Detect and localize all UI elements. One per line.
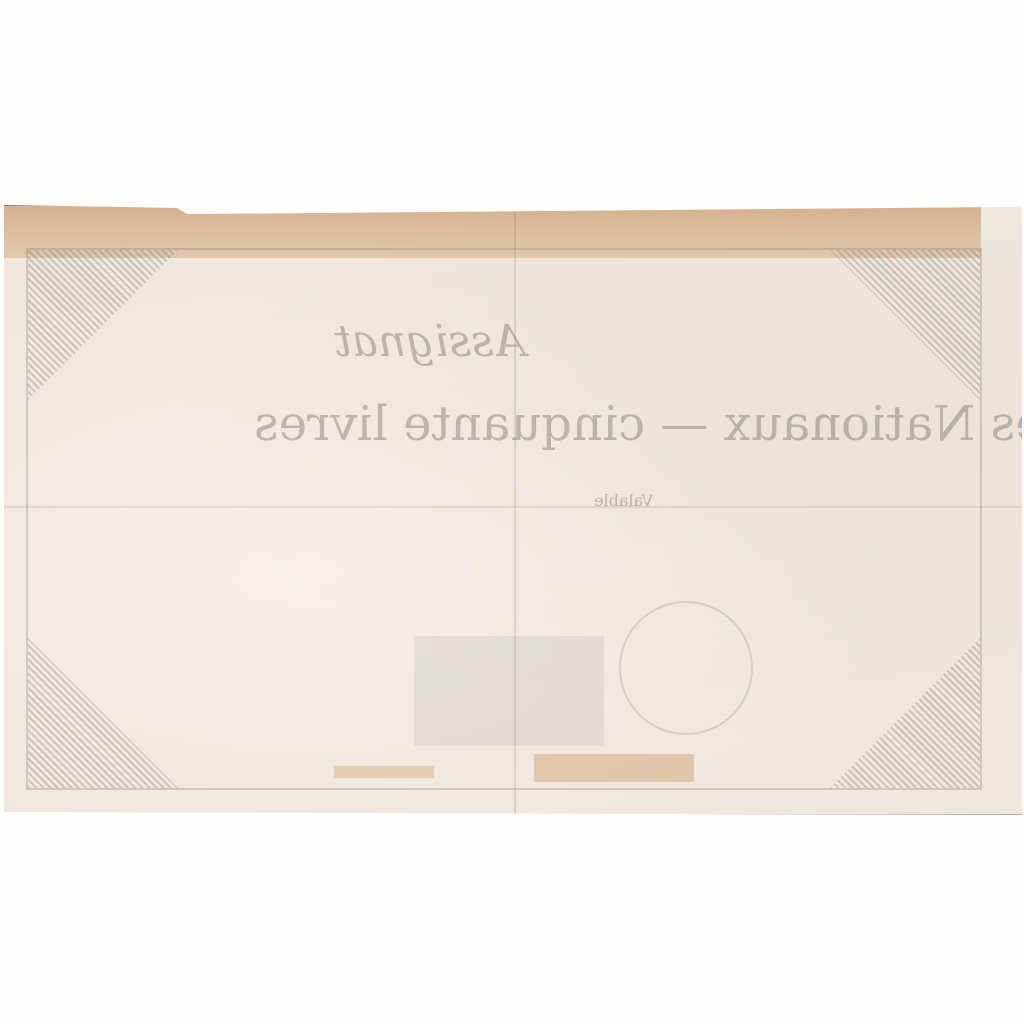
- watermark-panel: [414, 636, 604, 746]
- dry-seal: [619, 601, 753, 735]
- tape-strip-bottom: [534, 754, 694, 782]
- ghost-small-text: Valable: [594, 491, 653, 510]
- ghost-title: Assignat: [334, 316, 525, 367]
- banknote: Assignat Domaines Nationaux — cinquante …: [4, 205, 1022, 815]
- ghost-denomination: Domaines Nationaux — cinquante livres: [254, 396, 1024, 452]
- tape-strip-small: [334, 766, 434, 778]
